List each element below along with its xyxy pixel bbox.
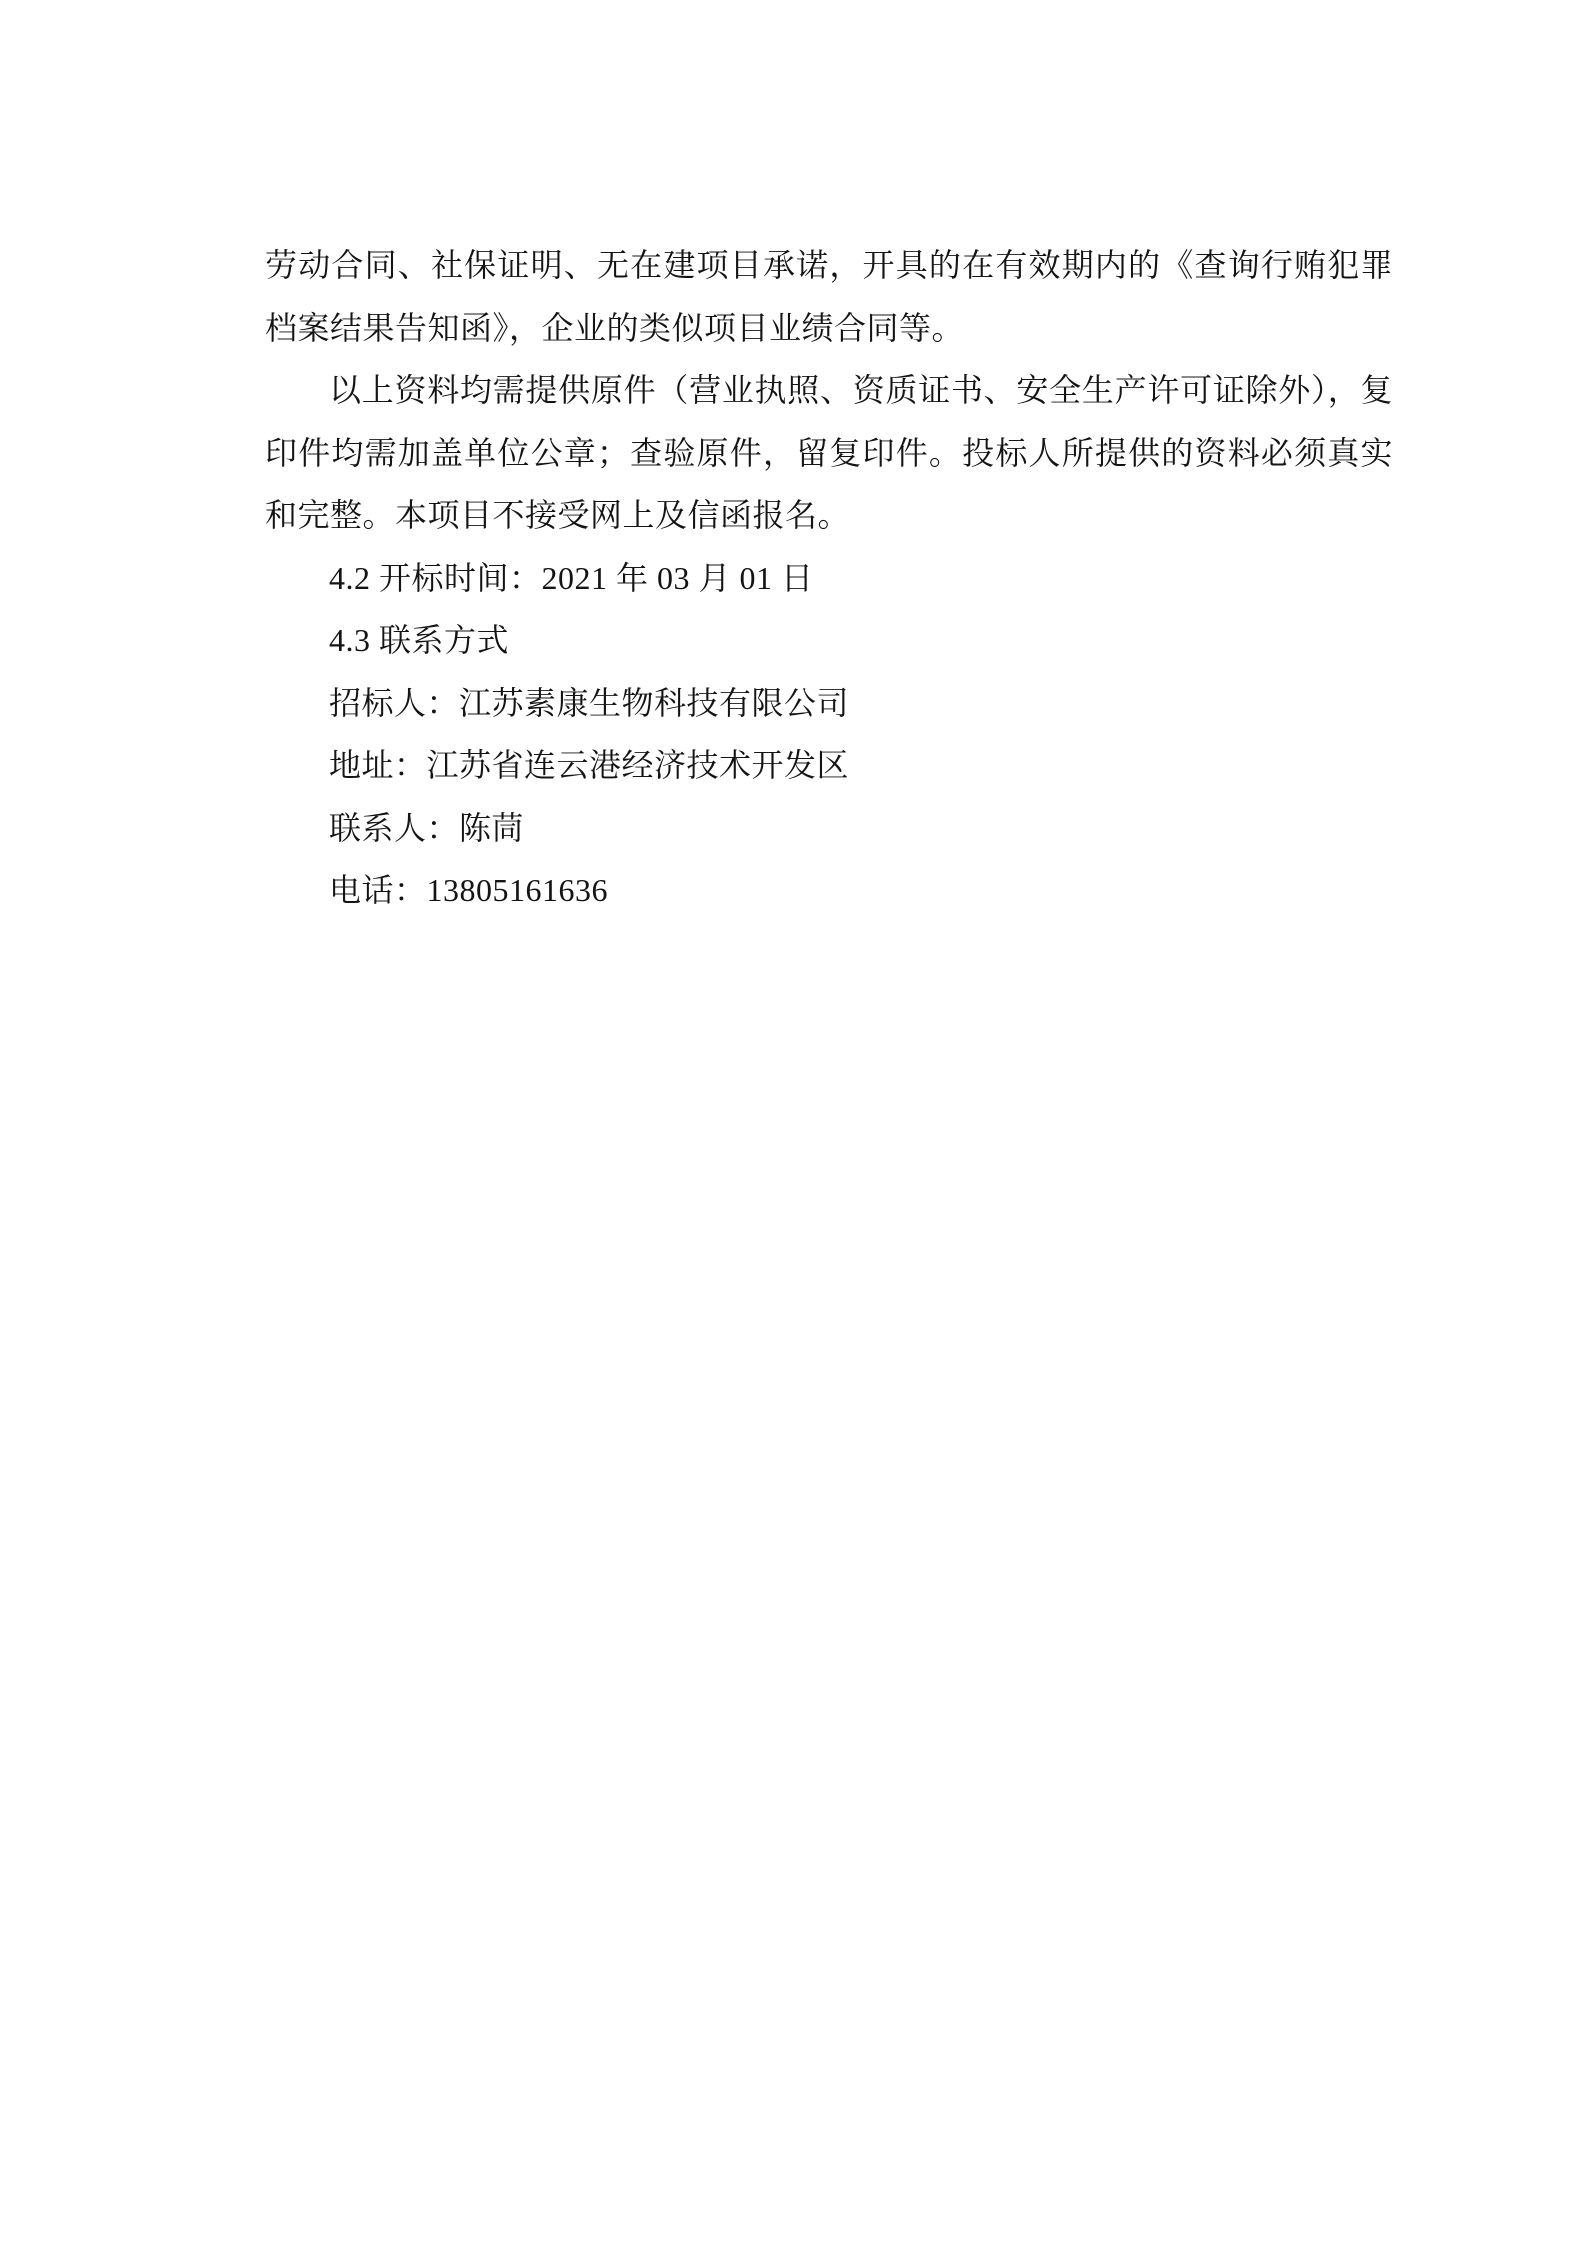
line-tenderer: 招标人：江苏素康生物科技有限公司 [265,672,1393,735]
heading-contact-section: 4.3 联系方式 [265,609,1393,672]
line-phone: 电话：13805161636 [265,859,1393,922]
line-address: 地址：江苏省连云港经济技术开发区 [265,734,1393,797]
paragraph-materials-requirement: 以上资料均需提供原件（营业执照、资质证书、安全生产许可证除外），复印件均需加盖单… [265,359,1393,547]
line-contact-person: 联系人：陈茼 [265,797,1393,860]
document-text-block: 劳动合同、社保证明、无在建项目承诺，开具的在有效期内的《查询行贿犯罪档案结果告知… [265,234,1393,922]
paragraph-continuation: 劳动合同、社保证明、无在建项目承诺，开具的在有效期内的《查询行贿犯罪档案结果告知… [265,234,1393,359]
line-bid-opening-time: 4.2 开标时间：2021 年 03 月 01 日 [265,547,1393,610]
document-page: 劳动合同、社保证明、无在建项目承诺，开具的在有效期内的《查询行贿犯罪档案结果告知… [0,0,1587,2245]
